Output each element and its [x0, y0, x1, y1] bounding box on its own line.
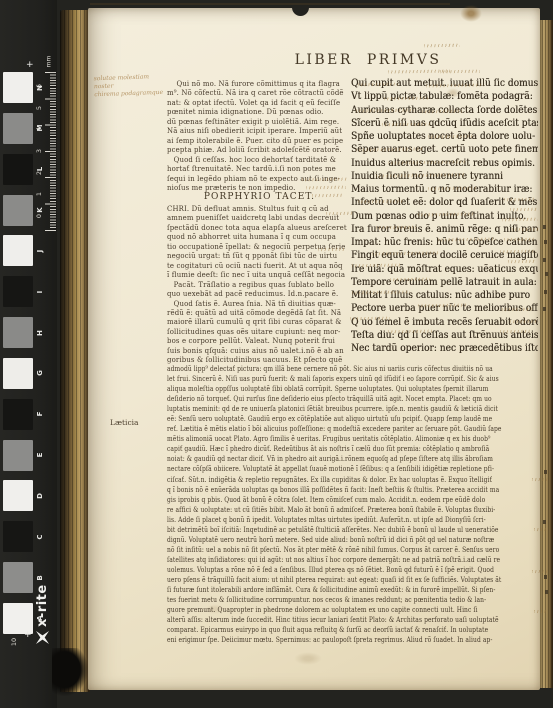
commentary-line: nõ ſit inſitũ: uel a nobis nõ ſit pſectũ…	[167, 545, 479, 555]
calibration-patch-row: L	[3, 154, 49, 185]
commentary-line: capiť gaudiũ. Hæc ĩ phedro dicũť. Redeũt…	[167, 444, 479, 454]
calibration-patch	[3, 521, 33, 552]
interlinear-gloss-mark	[424, 44, 460, 48]
page-top-notch	[292, 7, 309, 16]
interlinear-gloss-mark	[318, 248, 344, 251]
commentary-line: ſollicitudines quas oẽs uitare cupiunt: …	[167, 327, 343, 336]
commentary-line: alterũ aſſis: alterum inde ſuccedit. Hin…	[167, 615, 479, 625]
calibration-patch	[3, 72, 33, 103]
interlinear-gloss-mark	[512, 228, 538, 231]
calibration-patch	[3, 480, 33, 511]
calibration-patch	[3, 440, 33, 471]
interlinear-gloss-mark	[504, 198, 536, 202]
calibration-patch	[3, 154, 33, 185]
fore-edge-text-speck	[545, 590, 548, 594]
commentary-line: maiorẽ illarũ cumulũ q qrit ſibi curas c…	[167, 317, 343, 326]
interlinear-gloss-mark	[532, 570, 548, 573]
patch-letter: K	[36, 204, 44, 216]
commentary-line: Quod ſatis ẽ. Aurea ſnia. Nã tñ diuitias…	[167, 299, 343, 308]
interlinear-gloss-mark	[500, 250, 536, 254]
commentary-line: gis iprobis q pbis. Quod ãt bonũ ẽ cõtra…	[167, 495, 479, 505]
ruler-minor-ticks	[50, 72, 56, 230]
calibration-patch	[3, 562, 33, 593]
calibration-strip: + mm 6543210 NMLKJIHGFEDCBA x-rite + 10	[0, 0, 57, 708]
registration-cross-bottom: +	[24, 630, 32, 640]
commentary-line: ſpectãdũ donec tota aqua elapſa alueus a…	[167, 223, 343, 232]
registration-cross-top: +	[26, 60, 34, 70]
x-rite-x-icon	[36, 631, 49, 644]
verse-line: Tempore ceruinam pellẽ latrauit in aula:	[351, 276, 516, 289]
patch-letter: C	[36, 531, 44, 543]
ink-stain	[460, 5, 482, 22]
calibration-patch-row: K	[3, 195, 49, 226]
interlinear-gloss-mark	[326, 212, 354, 215]
handwritten-line: chirema podagramque	[94, 89, 168, 100]
cover-corner-shadow	[52, 648, 88, 696]
patch-letter: G	[36, 367, 44, 379]
calibration-patch-row: F	[3, 399, 49, 430]
cover-edge-line	[90, 3, 450, 5]
commentary-line: Pacãt. Trãſlatio a regibus quas ſublato …	[167, 280, 343, 289]
foxing-spot	[294, 652, 322, 665]
interlinear-gloss-mark	[532, 478, 548, 481]
verse-column: Qui cupit aut metuit. iuuat illũ ſic dom…	[351, 77, 538, 357]
commentary-line: pcepta phiæ. Ad loliũ ſcribit adoleſcẽtẽ…	[167, 145, 343, 154]
interlinear-gloss-mark	[534, 528, 548, 531]
commentary-line: eẽ: Senſũ uero uoluptatẽ. Gaudiũ ergo ex…	[167, 414, 479, 424]
commentary-line: ſuis bonis qſquã: cuius aius nõ ualet.i.…	[167, 346, 343, 355]
fore-edge-text-speck	[543, 307, 546, 311]
binding-page-edges	[60, 10, 90, 692]
commentary-line: Quod ſi ceſſas. hoc loco dehortať tardit…	[167, 155, 343, 164]
interlinear-gloss-mark	[312, 194, 344, 198]
commentary-line: uolemus. Voluptas a rõne nõ ẽ ſed a ſenſ…	[167, 565, 479, 575]
commentary-line: ai ſemp itolerabile ẽ. Puer. cito dũ pue…	[167, 136, 343, 145]
commentary-line: ĩ flumie deeſt: ſic nec ĩ uita unquã ceſ…	[167, 270, 343, 279]
calibration-patch	[3, 113, 33, 144]
interlinear-gloss-mark	[534, 610, 548, 613]
patch-letter: I	[36, 286, 44, 298]
interlinear-gloss-mark	[502, 218, 538, 222]
commentary-line: bos e corpore pellũt. Valeat. Nunq poter…	[167, 336, 343, 345]
calibration-patch-row: E	[3, 440, 49, 471]
patch-letter: E	[36, 449, 44, 461]
patch-letter: F	[36, 408, 44, 420]
commentary-line: tio occupationẽ ĩpellat: & negociũ perpe…	[167, 242, 343, 251]
calibration-patch-row: N	[3, 72, 49, 103]
calibration-patch-row: D	[3, 480, 49, 511]
calibration-patch-row: M	[3, 113, 49, 144]
calibration-patch-row: H	[3, 317, 49, 348]
commentary-line: pœnitet nimia idignatione. Dũ pœnas odio…	[167, 107, 343, 116]
verse-line: Ira furor breuis ẽ. animũ rẽge: q niſi p…	[351, 223, 516, 236]
commentary-line: mẽtis alimoniã uocat Plato. Agro ſimilis…	[167, 434, 479, 444]
calibration-patch	[3, 195, 33, 226]
commentary-line: noiat: & gaudiũ qd nectar diciť. Vñ in p…	[167, 454, 479, 464]
verse-line: Sĩcerũ ẽ niſi uas qdcũq ifũdis aceſcit p…	[351, 117, 516, 130]
commentary-line: q ĩ bonis nõ ẽ enũerãda uoluptas qa bono…	[167, 485, 479, 495]
calibration-patch	[3, 358, 33, 389]
commentary-line: let frui. Sincerũ ẽ. Niſi uas purũ fueri…	[167, 374, 479, 384]
patch-letter: J	[36, 245, 44, 257]
commentary-line: negociũ urgat: tñ ſũt q pponãt ſibi tũc …	[167, 251, 343, 260]
patch-letter: L	[36, 163, 44, 175]
commentary-line: m⁹. Nõ cõfectũ. Nã ira q caret rõe cõtra…	[167, 88, 343, 97]
patch-letter: M	[36, 122, 44, 134]
commentary-full-width-block: admodũ lipp⁹ delectať pictura: qm illã b…	[167, 364, 539, 647]
commentary-line: re affici & uoluptate: ut cũ ſitiẽs bibi…	[167, 505, 479, 515]
ruler-number-ten: 10	[10, 638, 18, 646]
commentary-line: ſatellites atq inſidiatores: qui id agũt…	[167, 555, 479, 565]
commentary-line: reť. Lætitia ẽ mẽtis elatio ĩ bõi alicui…	[167, 424, 479, 434]
patch-letter: N	[36, 82, 44, 94]
commentary-line: CHRI. Dũ defluat amnis. Stultus fuit q c…	[167, 204, 343, 213]
fore-edge-text-speck	[544, 575, 547, 579]
commentary-line: rẽdũ ẽ: quãtũ ad uitã cõmode degẽdã ſat …	[167, 308, 343, 317]
running-title: LIBER PRIMVS	[248, 52, 488, 68]
patch-letter: D	[36, 490, 44, 502]
fore-edge-text-speck	[545, 272, 548, 276]
verse-line: Nec tardũ operior: nec præcedẽtibus iſto…	[351, 342, 516, 355]
fore-edge-text-speck	[544, 240, 547, 244]
commentary-line: comparat. Epicarmus euirypo in quo fluit…	[167, 625, 479, 635]
commentary-line: dũ pœnas feſtinãter exigit p uiolẽtiã. A…	[167, 117, 343, 126]
calibration-patch	[3, 235, 33, 266]
margin-keyword-label: Læticia	[110, 418, 139, 427]
commentary-line: ſi futuræ ſunt itolerabili ardore inflãm…	[167, 585, 479, 595]
interlinear-gloss-mark	[510, 320, 536, 323]
commentary-line: bit detrimẽtũ boĩ iſcitiã: Inqetudinẽ ac…	[167, 525, 479, 535]
commentary-line: quo uexebãt ad pacẽ reducimus. Id.n.paca…	[167, 289, 343, 298]
calibration-patch	[3, 399, 33, 430]
interlinear-gloss-mark	[500, 330, 532, 334]
ruler-unit-label: mm	[45, 56, 52, 68]
commentary-line: luptatis meminit: qd de re uniuerſa plat…	[167, 404, 479, 414]
interlinear-gloss-mark	[502, 308, 532, 312]
commentary-line: eni erigimur ſpe. Deiicimur mœtu. Sperni…	[167, 635, 479, 645]
commentary-column-block-1: Qui nõ mo. Nã furore cõmittimus q ita fl…	[167, 79, 352, 193]
fore-edge-text-speck	[543, 520, 546, 524]
digitized-book-photograph: + mm 6543210 NMLKJIHGFEDCBA x-rite + 10 …	[0, 0, 553, 708]
book-page: LIBER PRIMVS Qui nõ mo. Nã furore cõmitt…	[88, 8, 540, 690]
commentary-line: deſiderio nõ torqueť. Qui rurſus ſine de…	[167, 394, 479, 404]
commentary-column-block-2: CHRI. Dũ defluat amnis. Stultus fuit q c…	[167, 204, 352, 366]
interlinear-gloss-mark	[440, 70, 480, 74]
commentary-line: quod nõ abhorret uita humana ĩ q cum occ…	[167, 232, 343, 241]
calibration-patch	[3, 317, 33, 348]
commentary-line: hortať ſtrenuitatẽ. Nec tardũ.i.ſi non p…	[167, 164, 343, 173]
xrite-brand-text: x-rite	[35, 584, 50, 627]
commentary-line: dignũ. Voluptatẽ uero neutrũ horũ metere…	[167, 535, 479, 545]
commentary-line: uero pſens ẽ trãquillũ facit aium: ut ni…	[167, 575, 479, 585]
interlinear-gloss-mark	[504, 238, 536, 242]
fore-edge-text-speck	[543, 225, 546, 229]
calibration-patch-row: J	[3, 235, 49, 266]
commentary-line: guore premunt. Quapropter in phedrone do…	[167, 605, 479, 615]
calibration-patch-row: G	[3, 358, 49, 389]
fore-edge-text-speck	[544, 290, 547, 294]
commentary-line: te cogitaturi cũ ociũ nacti fuerit. At u…	[167, 261, 343, 270]
verse-line: Teſta diu: qd ſi ceſſas aut ſtrẽnuus ant…	[351, 329, 516, 342]
verse-line: Vt lippũ pictæ tabulæ: fomẽta podagrã:	[351, 90, 516, 103]
interlinear-gloss-mark	[510, 208, 538, 211]
commentary-line: ciſcať. Sũt.n. indigẽtia & repletio repu…	[167, 475, 479, 485]
interlinear-gloss-mark	[508, 260, 536, 263]
calibration-patch	[3, 276, 33, 307]
fore-edge-pages	[539, 20, 553, 688]
commentary-line: Nã aius niſi obedierit icipit iperare. I…	[167, 126, 343, 135]
commentary-line: nectare cõſpſã obiicere. Voluptatẽ ãt ap…	[167, 464, 479, 474]
fore-edge-text-speck	[544, 470, 547, 474]
commentary-line: tes fuerint metu & ſollicitudine corrump…	[167, 595, 479, 605]
xrite-logo: x-rite	[32, 548, 52, 644]
commentary-line: aliqua moleſtia oppſſus uoluptatẽ ſibi o…	[167, 384, 479, 394]
left-margin-handwritten-note: solutae molestiam nosterchirema podagram…	[94, 73, 169, 100]
patch-letter: H	[36, 327, 44, 339]
commentary-line: Qui nõ mo. Nã furore cõmittimus q ita fl…	[167, 79, 343, 88]
calibration-patch-row: I	[3, 276, 49, 307]
commentary-line: amnem pueniſſet uaidcretq labi undas dec…	[167, 213, 343, 222]
commentary-line: lis. Adde ſi placet q bonũ ñ ipedit. Vol…	[167, 515, 479, 525]
commentary-line: nat: & optat ifectũ. Volet qa id facit q…	[167, 98, 343, 107]
fore-edge-text-speck	[543, 258, 546, 262]
commentary-line: admodũ lipp⁹ delectať pictura: qm illã b…	[167, 364, 479, 374]
